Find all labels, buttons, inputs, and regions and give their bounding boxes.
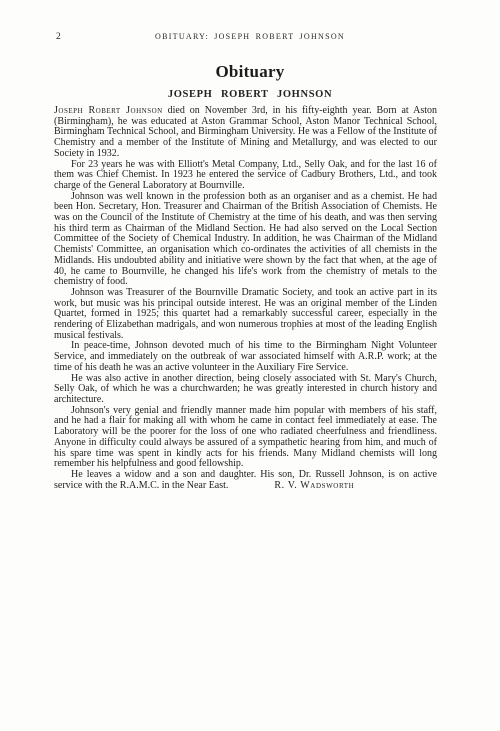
page-number: 2 [56,32,61,42]
author-signature: R. V. Wadsworth [228,480,354,491]
lead-name-smallcaps: Joseph Robert Johnson [54,105,163,116]
document-page: 2 OBITUARY: JOSEPH ROBERT JOHNSON Obitua… [0,0,500,731]
paragraph: Johnson was well known in the profession… [54,192,437,288]
article-body: Joseph Robert Johnson died on November 3… [54,106,437,491]
article-subtitle: JOSEPH ROBERT JOHNSON [0,89,500,100]
paragraph: In peace-time, Johnson devoted much of h… [54,341,437,373]
running-header-row: 2 OBITUARY: JOSEPH ROBERT JOHNSON [0,32,500,43]
running-header: OBITUARY: JOSEPH ROBERT JOHNSON [0,32,500,41]
paragraph: He leaves a widow and a son and daughter… [54,470,437,491]
article-title: Obituary [0,62,500,82]
paragraph: Johnson was Treasurer of the Bournville … [54,288,437,342]
paragraph: For 23 years he was with Elliott's Metal… [54,160,437,192]
paragraph: Joseph Robert Johnson died on November 3… [54,106,437,160]
paragraph: Johnson's very genial and friendly manne… [54,406,437,470]
paragraph: He was also active in another direction,… [54,374,437,406]
